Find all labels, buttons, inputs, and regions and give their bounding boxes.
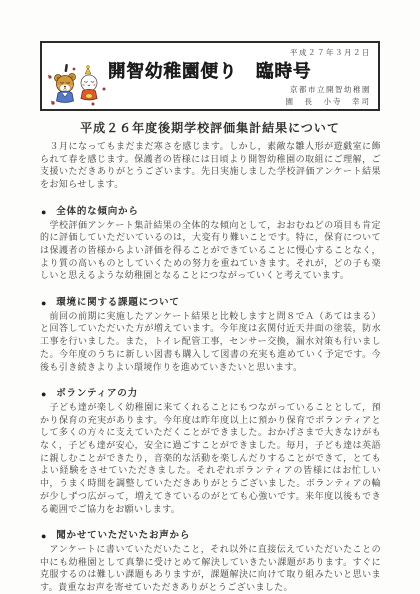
bullet-icon: ● [41, 530, 47, 543]
bullet-icon: ● [41, 388, 47, 401]
organization-name: 京都市立開智幼稚園 [290, 84, 371, 95]
section-body-volunteer-power: 子ども達が楽しく幼稚園に来てくれることにもつながっていることとして，預かり保育の… [40, 401, 381, 515]
section-heading-label: 環境に関する課題について [56, 297, 179, 310]
section-heading-voices-heard: ● 聞かせていただいたお声から [40, 530, 381, 543]
bullet-icon: ● [41, 206, 47, 219]
document-body: ３月になってもまだまだ寒さを感じます。しかし，素敵な雛人形が遊戯室に飾られて春を… [40, 140, 381, 594]
section-body-voices-heard: アンケートに書いていただいたこと，それ以外に直接伝えていただいたことの中にも幼稚… [40, 543, 381, 594]
section-heading-label: 聞かせていただいたお声から [56, 530, 190, 543]
section-body-overall-trends: 学校評価アンケート集計結果の全体的な傾向として，おおむねどの項目も肯定的に評価し… [40, 219, 381, 283]
bear-doll-icon [55, 64, 76, 103]
section-heading-environment-issues: ● 環境に関する課題について [40, 297, 381, 310]
newsletter-title: 開智幼稚園便り 臨時号 [108, 58, 312, 83]
section-heading-label: ボランティアの力 [56, 388, 138, 401]
document-title: 平成２６年度後期学校評価集計結果について [0, 119, 420, 136]
section-heading-overall-trends: ● 全体的な傾向から [40, 206, 381, 219]
section-heading-volunteer-power: ● ボランティアの力 [40, 388, 381, 401]
bunny-doll-icon [81, 66, 97, 101]
hina-dolls-illustration [45, 60, 109, 108]
newsletter-header-banner: 平成２７年３月２日 開智幼稚園便り 臨時号 京都市立開智幼稚園 園 長 小寺 幸… [40, 41, 380, 111]
issue-date: 平成２７年３月２日 [290, 47, 371, 58]
section-heading-label: 全体的な傾向から [56, 206, 138, 219]
section-body-environment-issues: 前回の前期に実施したアンケート結果と比較しますと問８でＡ（あてはまる）と回答して… [40, 310, 381, 374]
bullet-icon: ● [41, 297, 47, 310]
newsletter-page: 平成２７年３月２日 開智幼稚園便り 臨時号 京都市立開智幼稚園 園 長 小寺 幸… [0, 0, 420, 594]
principal-name: 園 長 小寺 幸司 [286, 96, 372, 107]
intro-paragraph: ３月になってもまだまだ寒さを感じます。しかし，素敵な雛人形が遊戯室に飾られて春を… [40, 140, 381, 191]
